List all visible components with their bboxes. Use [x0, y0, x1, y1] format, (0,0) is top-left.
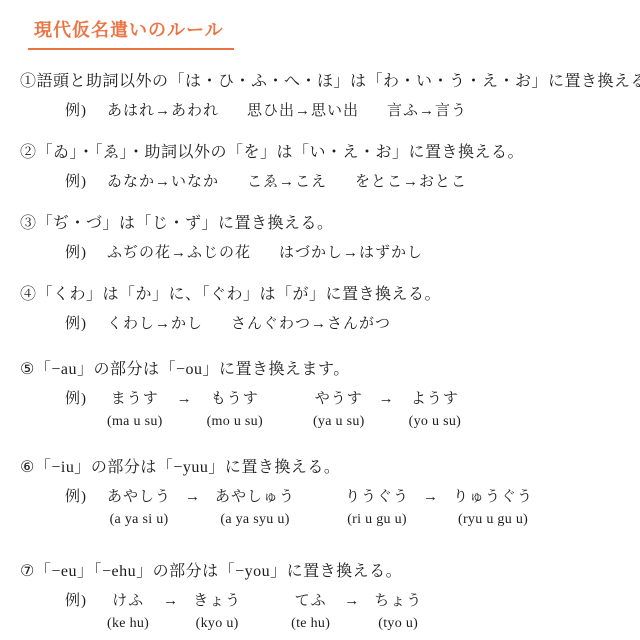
example-item: ゐなか→いなか: [107, 172, 219, 192]
example-line: 例) ふぢの花→ふじの花 はづかし→はずかし: [65, 243, 626, 263]
rule-heading: ⑦「−eu」「−ehu」の部分は「−you」に置き換える。: [20, 562, 626, 582]
word-roman: (a ya syu u): [220, 511, 289, 529]
example-word: もうす (mo u su): [207, 389, 263, 431]
example-line: 例) くわし→かし さんぐわつ→さんがつ: [65, 314, 626, 334]
example-word: あやしう (a ya si u): [107, 487, 171, 529]
example-word: けふ (ke hu): [107, 591, 149, 633]
example-pair: やうす (ya u su) → ようす (yo u su): [313, 389, 461, 431]
rule-heading: ④「くわ」は「か」に、「ぐわ」は「が」に置き換える。: [20, 285, 626, 305]
example-item: ふぢの花→ふじの花: [107, 243, 251, 263]
rule-number: ③: [20, 215, 37, 232]
rule-text: 語頭と助詞以外の「は・ひ・ふ・へ・ほ」は「わ・い・う・え・お」に置き換える。: [37, 73, 640, 90]
word-kana: やうす: [315, 389, 363, 409]
example-line: 例) あやしう (a ya si u) → あやしゅう (a ya syu u)…: [65, 487, 626, 529]
rule-6: ⑥「−iu」の部分は「−yuu」に置き換える。 例) あやしう (a ya si…: [20, 458, 626, 529]
word-roman: (mo u su): [207, 413, 263, 431]
arrow: →: [185, 487, 201, 507]
word-roman: (tyo u): [378, 615, 418, 633]
rule-number: ①: [20, 73, 37, 90]
example-item: さんぐわつ→さんがつ: [231, 314, 391, 334]
word-kana: もうす: [211, 389, 259, 409]
example-label: 例): [65, 243, 87, 263]
example-item: 言ふ→言う: [387, 101, 467, 121]
word-kana: けふ: [112, 591, 144, 611]
word-roman: (ryu u gu u): [458, 511, 528, 529]
rule-text: 「−au」の部分は「−ou」に置き換えます。: [35, 361, 350, 378]
rule-7: ⑦「−eu」「−ehu」の部分は「−you」に置き換える。 例) けふ (ke …: [20, 562, 626, 633]
example-item: こゑ→こえ: [247, 172, 327, 192]
example-item: をとこ→おとこ: [355, 172, 467, 192]
word-kana: ちょう: [374, 591, 422, 611]
rule-heading: ⑤「−au」の部分は「−ou」に置き換えます。: [20, 360, 626, 380]
word-roman: (te hu): [291, 615, 330, 633]
rule-heading: ③「ぢ・づ」は「じ・ず」に置き換える。: [20, 214, 626, 234]
rule-1: ①語頭と助詞以外の「は・ひ・ふ・へ・ほ」は「わ・い・う・え・お」に置き換える。 …: [20, 72, 626, 121]
example-word: ようす (yo u su): [409, 389, 461, 431]
example-line: 例) あはれ→あわれ 思ひ出→思い出 言ふ→言う: [65, 101, 626, 121]
word-roman: (kyo u): [196, 615, 239, 633]
kana-rules-document: 現代仮名遣いのルール ①語頭と助詞以外の「は・ひ・ふ・へ・ほ」は「わ・い・う・え…: [0, 0, 640, 640]
example-word: きょう (kyo u): [193, 591, 241, 633]
example-pair: りうぐう (ri u gu u) → りゅうぐう (ryu u gu u): [345, 487, 533, 529]
word-roman: (ma u su): [107, 413, 163, 431]
example-word: りゅうぐう (ryu u gu u): [453, 487, 533, 529]
word-kana: りゅうぐう: [453, 487, 533, 507]
arrow: →: [177, 389, 193, 409]
example-pair: まうす (ma u su) → もうす (mo u su): [107, 389, 263, 431]
example-pair: けふ (ke hu) → きょう (kyo u): [107, 591, 241, 633]
rule-number: ②: [20, 144, 37, 161]
word-kana: あやしう: [107, 487, 171, 507]
example-word: てふ (te hu): [291, 591, 330, 633]
word-kana: まうす: [111, 389, 159, 409]
word-roman: (a ya si u): [110, 511, 169, 529]
example-pair: てふ (te hu) → ちょう (tyo u): [291, 591, 422, 633]
page-title: 現代仮名遣いのルール: [28, 16, 234, 50]
rule-text: 「−eu」「−ehu」の部分は「−you」に置き換える。: [35, 563, 402, 580]
example-item: はづかし→はずかし: [279, 243, 423, 263]
arrow: →: [379, 389, 395, 409]
rule-2: ②「ゐ」・「ゑ」・助詞以外の「を」は「い・え・お」に置き換える。 例) ゐなか→…: [20, 143, 626, 192]
word-kana: きょう: [193, 591, 241, 611]
rule-5: ⑤「−au」の部分は「−ou」に置き換えます。 例) まうす (ma u su)…: [20, 360, 626, 431]
example-line: 例) まうす (ma u su) → もうす (mo u su) やうす (ya…: [65, 389, 626, 431]
word-roman: (ya u su): [313, 413, 365, 431]
rule-number: ④: [20, 286, 37, 303]
rule-text: 「くわ」は「か」に、「ぐわ」は「が」に置き換える。: [37, 286, 442, 303]
example-word: あやしゅう (a ya syu u): [215, 487, 295, 529]
example-word: ちょう (tyo u): [374, 591, 422, 633]
example-word: りうぐう (ri u gu u): [345, 487, 409, 529]
rule-4: ④「くわ」は「か」に、「ぐわ」は「が」に置き換える。 例) くわし→かし さんぐ…: [20, 285, 626, 334]
example-item: 思ひ出→思い出: [247, 101, 359, 121]
example-word: まうす (ma u su): [107, 389, 163, 431]
word-kana: ようす: [411, 389, 459, 409]
example-item: あはれ→あわれ: [107, 101, 219, 121]
rule-3: ③「ぢ・づ」は「じ・ず」に置き換える。 例) ふぢの花→ふじの花 はづかし→はず…: [20, 214, 626, 263]
example-label: 例): [65, 487, 87, 507]
arrow: →: [163, 591, 179, 611]
rule-heading: ②「ゐ」・「ゑ」・助詞以外の「を」は「い・え・お」に置き換える。: [20, 143, 626, 163]
example-label: 例): [65, 389, 87, 409]
word-kana: あやしゅう: [215, 487, 295, 507]
word-roman: (ke hu): [107, 615, 149, 633]
rule-heading: ⑥「−iu」の部分は「−yuu」に置き換える。: [20, 458, 626, 478]
arrow: →: [423, 487, 439, 507]
example-item: くわし→かし: [107, 314, 203, 334]
arrow: →: [344, 591, 360, 611]
example-word: やうす (ya u su): [313, 389, 365, 431]
example-pair: あやしう (a ya si u) → あやしゅう (a ya syu u): [107, 487, 295, 529]
word-roman: (ri u gu u): [347, 511, 407, 529]
word-roman: (yo u su): [409, 413, 461, 431]
example-line: 例) けふ (ke hu) → きょう (kyo u) てふ (te hu) →: [65, 591, 626, 633]
rule-heading: ①語頭と助詞以外の「は・ひ・ふ・へ・ほ」は「わ・い・う・え・お」に置き換える。: [20, 72, 626, 92]
example-line: 例) ゐなか→いなか こゑ→こえ をとこ→おとこ: [65, 172, 626, 192]
rule-number: ⑤: [20, 361, 35, 378]
rule-text: 「ぢ・づ」は「じ・ず」に置き換える。: [37, 215, 334, 232]
rule-text: 「−iu」の部分は「−yuu」に置き換える。: [35, 459, 341, 476]
rule-number: ⑦: [20, 563, 35, 580]
word-kana: てふ: [295, 591, 327, 611]
rule-text: 「ゐ」・「ゑ」・助詞以外の「を」は「い・え・お」に置き換える。: [37, 144, 525, 161]
example-label: 例): [65, 101, 87, 121]
example-label: 例): [65, 172, 87, 192]
example-label: 例): [65, 591, 87, 611]
word-kana: りうぐう: [345, 487, 409, 507]
example-label: 例): [65, 314, 87, 334]
rule-number: ⑥: [20, 459, 35, 476]
